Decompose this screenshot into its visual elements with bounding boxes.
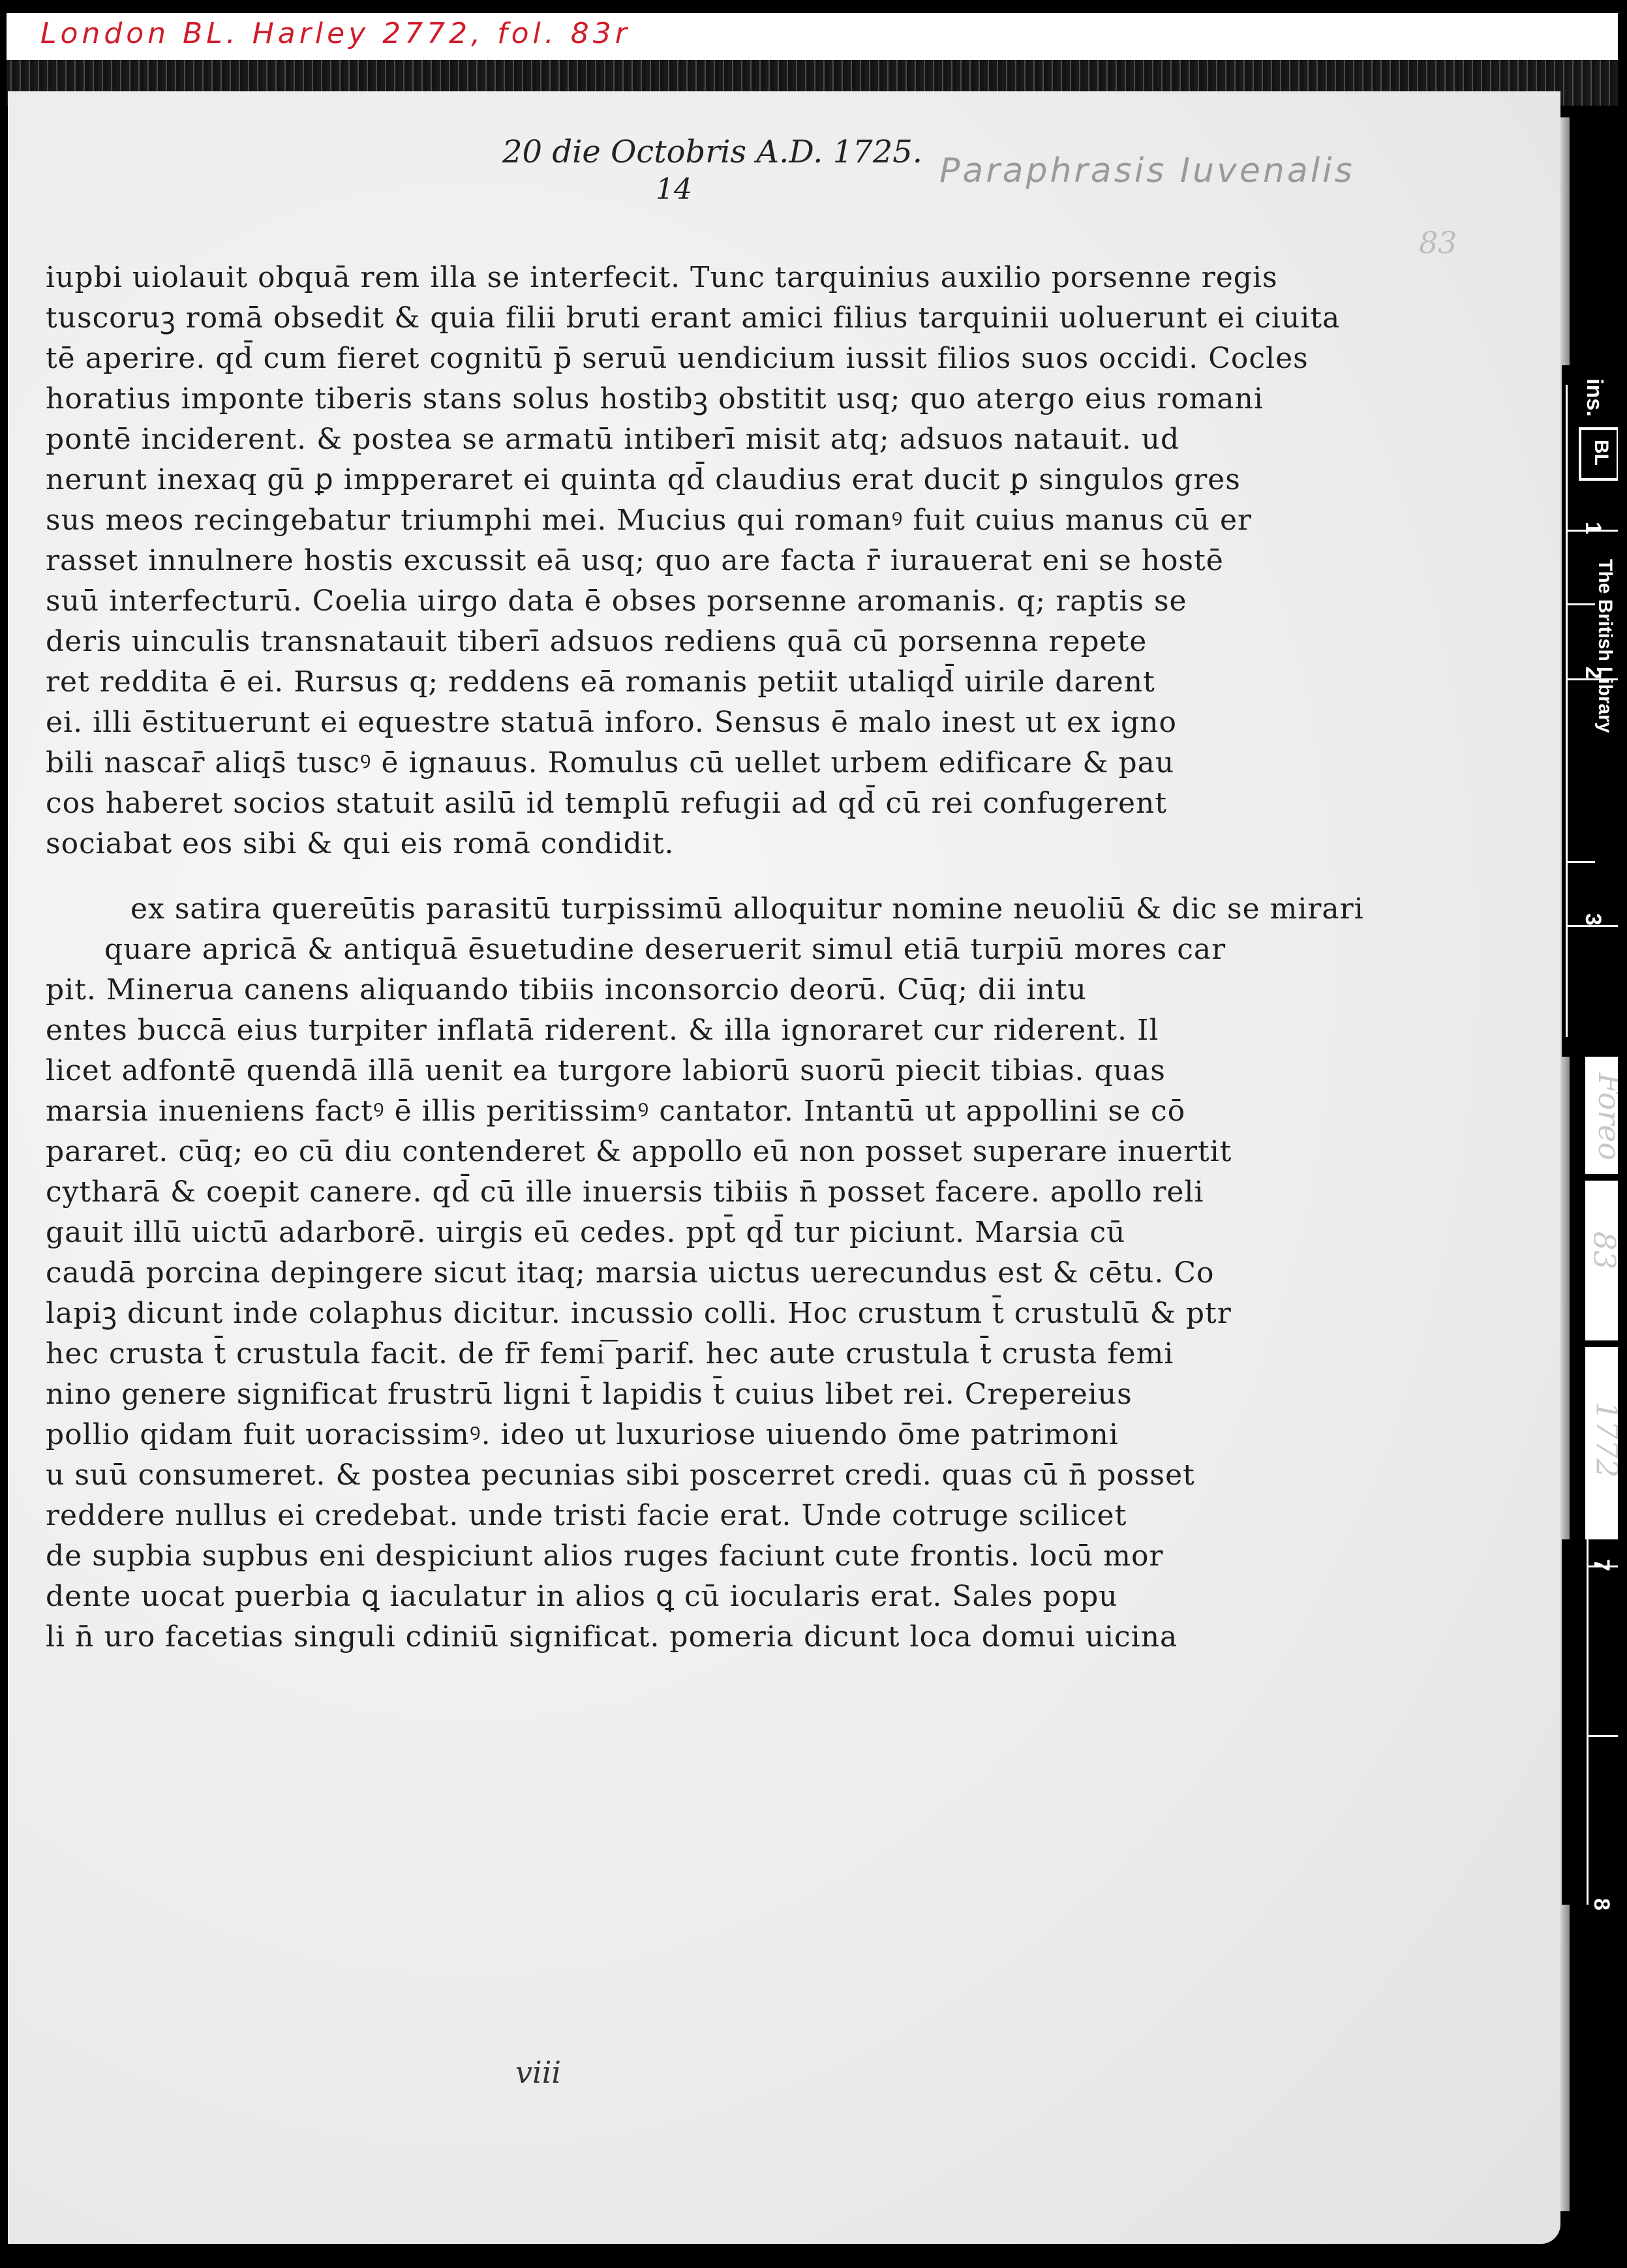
ruler-unit-label: ins. (1581, 378, 1607, 417)
text-line: suū interfecturū. Coelia uirgo data ē ob… (46, 581, 1403, 622)
date-annotation: 20 die Octobris A.D. 1725. (502, 134, 922, 170)
text-line: pit. Minerua canens aliquando tibiis inc… (46, 970, 1403, 1010)
text-line: tē aperire. qd̄ cum fieret cognitū p̄ se… (46, 339, 1403, 379)
frame-right (1618, 0, 1627, 2268)
text-line: horatius imponte tiberis stans solus hos… (46, 379, 1403, 419)
ruler-tick (1566, 530, 1618, 532)
folio-number: 14 (656, 173, 692, 206)
ruler-tick (1566, 861, 1595, 863)
title-annotation: Paraphrasis Iuvenalis (939, 151, 1355, 190)
ruler-mark-1: 1 (1580, 522, 1605, 534)
ruler-edge-line (1587, 1539, 1589, 1905)
text-line: pararet. cūq; eo cū diu contenderet & ap… (46, 1132, 1403, 1172)
text-line: de supbia supbus eni despiciunt alios ru… (46, 1536, 1403, 1577)
text-line: marsia inueniens factꝰ ē illis peritissi… (46, 1091, 1403, 1132)
text-line: cos haberet socios statuit asilū id temp… (46, 783, 1403, 824)
text-line: sus meos recingebatur triumphi mei. Muci… (46, 500, 1403, 541)
ruler-tick (1566, 678, 1618, 680)
ruler-edge-line (1566, 385, 1568, 1037)
ruler-vertical-label: The British Library (1594, 559, 1616, 768)
ruler-tick (1566, 603, 1595, 605)
ruler-tick (1587, 1735, 1619, 1737)
ruler-mark-3: 3 (1580, 913, 1605, 926)
text-line: deris uinculis transnatauit tiberī adsuo… (46, 622, 1403, 662)
text-line: ei. illi ēstituerunt ei equestre statuā … (46, 703, 1403, 743)
text-line: pollio qidam fuit uoracissimꝰ. ideo ut l… (46, 1415, 1403, 1455)
text-line: lapiꝫ dicunt inde colaphus dicitur. incu… (46, 1293, 1403, 1334)
text-line: tuscoruꝫ romā obsedit & quia filii bruti… (46, 298, 1403, 339)
text-line: dente uocat puerbia ꝗ iaculatur in alios… (46, 1577, 1403, 1617)
ruler-mark-2: 2 (1580, 667, 1605, 679)
ruler-tick (1587, 1565, 1619, 1567)
text-line: quare apricā & antiquā ēsuetudine deseru… (46, 930, 1403, 970)
text-line: hec crusta t̄ crustula facit. de fr̄ fem… (46, 1334, 1403, 1374)
text-line: nerunt inexaq gū ꝑ impperaret ei quinta … (46, 460, 1403, 500)
text-line: li n̄ uro facetias singuli cdiniū signif… (46, 1617, 1403, 1657)
manuscript-text: iupbi uiolauit obquā rem illa se interfe… (46, 258, 1403, 1657)
tab-note: 83 (1587, 1232, 1622, 1270)
text-line: ex satira quereūtis parasitū turpissimū … (46, 889, 1403, 930)
text-line: licet adfontē quendā illā uenit ea turgo… (46, 1051, 1403, 1091)
british-library-logo: BL (1579, 427, 1619, 481)
text-line: u suū consumeret. & postea pecunias sibi… (46, 1455, 1403, 1496)
text-line: iupbi uiolauit obquā rem illa se interfe… (46, 258, 1403, 298)
shelfmark-note: London BL. Harley 2772, fol. 83r (40, 17, 631, 50)
ruler-tick (1566, 925, 1618, 927)
text-line: gauit illū uictū adarborē. uirgis eū ced… (46, 1213, 1403, 1253)
corner-folio-number: 83 (1419, 225, 1457, 260)
frame-bottom (0, 2254, 1627, 2268)
text-line: nino genere significat frustrū ligni t̄ … (46, 1374, 1403, 1415)
text-line: cytharā & coepit canere. qd̄ cū ille inu… (46, 1172, 1403, 1213)
text-line: rasset innulnere hostis excussit eā usq;… (46, 541, 1403, 581)
text-line: caudā porcina depingere sicut itaq; mars… (46, 1253, 1403, 1293)
text-line: pontē inciderent. & postea se armatū int… (46, 419, 1403, 460)
text-line: entes buccā eius turpiter inflatā ridere… (46, 1010, 1403, 1051)
ruler-mark-8: 8 (1589, 1898, 1614, 1911)
text-line: sociabat eos sibi & qui eis romā condidi… (46, 824, 1403, 864)
ruler-lower (1562, 1539, 1627, 1905)
text-line: ret reddita ē ei. Rursus q; reddens eā r… (46, 662, 1403, 703)
quire-signature: viii (515, 2055, 561, 2090)
text-line: reddere nullus ei credebat. unde tristi … (46, 1496, 1403, 1536)
text-line: bili nascar̄ aliqs̄ tuscꝰ ē ignauus. Rom… (46, 743, 1403, 783)
